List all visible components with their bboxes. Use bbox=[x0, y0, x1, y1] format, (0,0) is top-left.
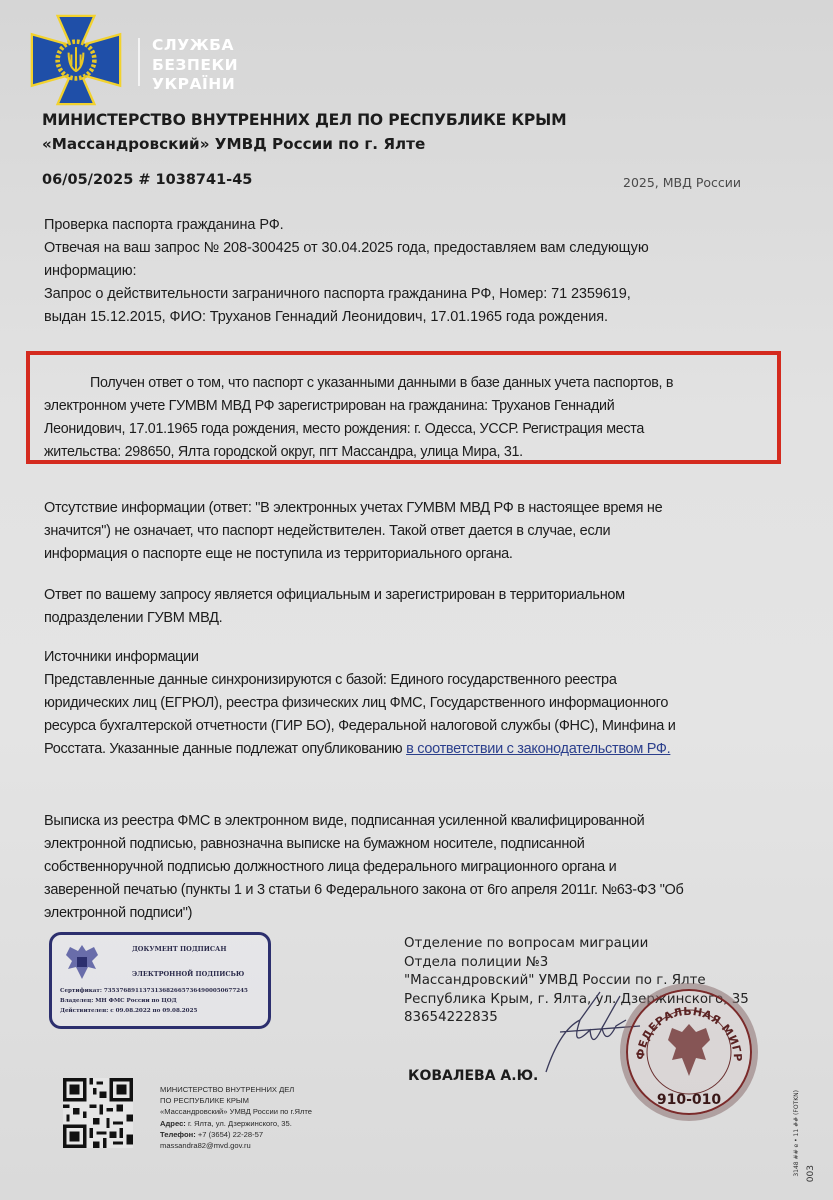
absence-note-paragraph: Отсутствие информации (ответ: "В электро… bbox=[44, 497, 662, 566]
side-print-number: 003 bbox=[806, 1165, 816, 1182]
copyright-text: 2025, МВД России bbox=[623, 175, 741, 190]
sources-paragraph: Источники информации Представленные данн… bbox=[44, 646, 676, 761]
ministry-title: МИНИСТЕРСТВО ВНУТРЕННИХ ДЕЛ ПО РЕСПУБЛИК… bbox=[42, 111, 566, 129]
highlighted-result-paragraph: Получен ответ о том, что паспорт с указа… bbox=[44, 372, 673, 464]
agency-name: СЛУЖБА БЕЗПЕКИ УКРАЇНИ bbox=[152, 36, 238, 95]
signer-name: КОВАЛЕВА А.Ю. bbox=[408, 1068, 538, 1084]
side-print-code: 3148 ## е • 11 ## (FOTKN) bbox=[793, 1090, 800, 1177]
footer-contacts: МИНИСТЕРСТВО ВНУТРЕННИХ ДЕЛ ПО РЕСПУБЛИК… bbox=[160, 1084, 312, 1151]
electronic-signature-stamp: ДОКУМЕНТ ПОДПИСАН ЭЛЕКТРОННОЙ ПОДПИСЬЮ С… bbox=[49, 932, 271, 1029]
legislation-link[interactable]: в соответствии с законодательством РФ. bbox=[406, 741, 670, 757]
intro-paragraph: Проверка паспорта гражданина РФ. Отвечая… bbox=[44, 214, 649, 329]
seal-code: 910-010 bbox=[657, 1092, 722, 1108]
extract-paragraph: Выписка из реестра ФМС в электронном вид… bbox=[44, 810, 684, 925]
sources-heading: Источники информации bbox=[44, 646, 676, 669]
sbu-shield-cross-icon bbox=[30, 14, 122, 106]
department-title: «Массандровский» УМВД России по г. Ялте bbox=[42, 135, 425, 153]
round-seal-icon: ФЕДЕРАЛЬНАЯ МИГРАЦИОННАЯ СЛУЖБА 910-010 bbox=[616, 982, 762, 1122]
official-note-paragraph: Ответ по вашему запросу является официал… bbox=[44, 584, 625, 630]
footer-email[interactable]: massandra82@mvd.gov.ru bbox=[160, 1140, 312, 1151]
qr-code-icon bbox=[63, 1077, 133, 1149]
document-number: 06/05/2025 # 1038741-45 bbox=[42, 172, 252, 188]
logo-divider bbox=[138, 38, 140, 86]
russian-eagle-emblem-icon bbox=[60, 941, 104, 983]
